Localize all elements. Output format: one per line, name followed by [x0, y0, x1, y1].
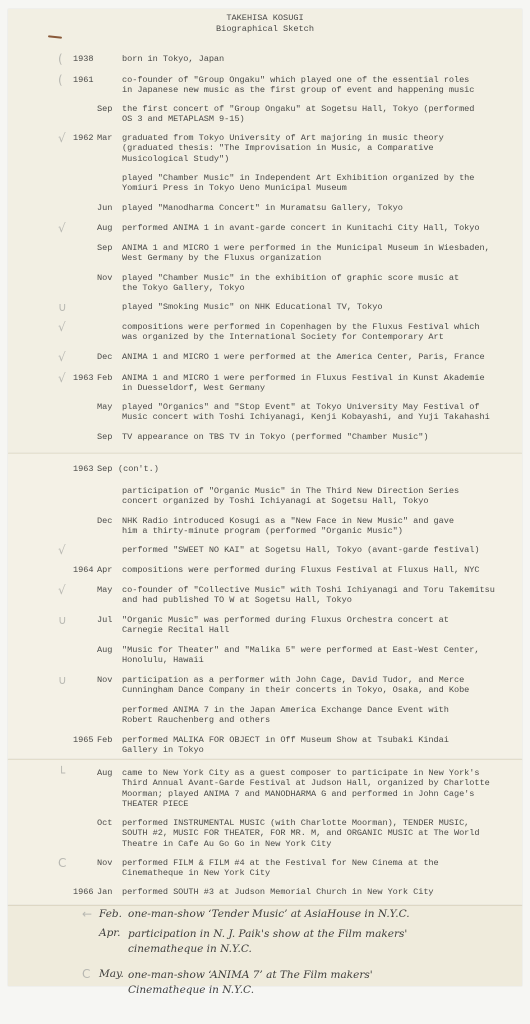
entry-text: ANIMA 1 and MICRO 1 were performed in th…	[122, 243, 490, 264]
pencil-check-mark-icon: ∪	[58, 673, 67, 687]
pencil-check-mark-icon: √	[58, 371, 66, 385]
handwritten-month: May.	[99, 968, 124, 980]
entry-month: Nov	[97, 675, 112, 685]
handwritten-text: participation in N. J. Paik's show at th…	[128, 927, 407, 957]
entry-month: Dec	[97, 352, 112, 362]
entry-text: played "Organics" and "Stop Event" at To…	[122, 402, 490, 423]
pencil-check-mark-icon: √	[58, 131, 66, 145]
entry-text: "Music for Theater" and "Malika 5" were …	[122, 645, 480, 666]
entry-month: Sep	[97, 104, 112, 114]
entry-year: 1963	[73, 464, 93, 474]
entry-month: Jul	[97, 615, 112, 625]
entry-month: Sep	[97, 243, 112, 253]
entry-month: Mar	[97, 133, 112, 143]
entry-text: performed "SWEET NO KAI" at Sogetsu Hall…	[122, 545, 480, 555]
entry-month: Jun	[97, 203, 112, 213]
entry-month: Sep	[97, 432, 112, 442]
document-subtitle: Biographical Sketch	[0, 24, 530, 34]
entry-month: Oct	[97, 818, 112, 828]
entry-year: 1938	[73, 54, 93, 64]
entry-text: (con't.)	[118, 464, 159, 474]
entry-text: compositions were performed during Fluxu…	[122, 565, 480, 575]
entry-month: May	[97, 402, 112, 412]
entry-text: graduated from Tokyo University of Art m…	[122, 133, 444, 164]
pencil-check-mark-icon: ∪	[58, 300, 67, 314]
entry-text: the first concert of "Group Ongaku" at S…	[122, 104, 474, 125]
entry-year: 1966	[73, 887, 93, 897]
entry-month: Aug	[97, 645, 112, 655]
pencil-check-mark-icon: C	[82, 967, 90, 981]
entry-text: performed MALIKA FOR OBJECT in Off Museu…	[122, 735, 449, 756]
entry-text: played "Smoking Music" on NHK Educationa…	[122, 302, 382, 312]
entry-month: Aug	[97, 768, 112, 778]
pencil-check-mark-icon: √	[58, 221, 66, 235]
handwritten-month: Apr.	[99, 927, 121, 939]
pencil-check-mark-icon: √	[58, 350, 66, 364]
entry-text: played "Chamber Music" in Independent Ar…	[122, 173, 474, 194]
entry-month: May	[97, 585, 112, 595]
entry-month: Feb	[97, 735, 112, 745]
entry-text: born in Tokyo, Japan	[122, 54, 224, 64]
document-title: TAKEHISA KOSUGI	[0, 13, 530, 23]
entry-text: co-founder of "Collective Music" with To…	[122, 585, 495, 606]
pencil-check-mark-icon: ←	[82, 907, 92, 921]
entry-text: performed INSTRUMENTAL MUSIC (with Charl…	[122, 818, 480, 849]
handwritten-month: Feb.	[99, 908, 122, 920]
entry-text: participation of "Organic Music" in The …	[122, 486, 459, 507]
entry-text: compositions were performed in Copenhage…	[122, 322, 480, 343]
entry-text: performed FILM & FILM #4 at the Festival…	[122, 858, 439, 879]
pencil-check-mark-icon: √	[58, 543, 66, 557]
entry-month: Feb	[97, 373, 112, 383]
entry-text: participation as a performer with John C…	[122, 675, 469, 696]
pencil-check-mark-icon: (	[58, 73, 63, 87]
entry-month: Apr	[97, 565, 112, 575]
entry-text: ANIMA 1 and MICRO 1 were performed at th…	[122, 352, 485, 362]
pencil-check-mark-icon: (	[58, 52, 63, 66]
pencil-check-mark-icon: √	[58, 583, 66, 597]
entry-text: ANIMA 1 and MICRO 1 were performed in Fl…	[122, 373, 485, 394]
entry-text: TV appearance on TBS TV in Tokyo (perfor…	[122, 432, 428, 442]
entry-text: "Organic Music" was performed during Flu…	[122, 615, 449, 636]
entry-month: Nov	[97, 273, 112, 283]
handwritten-text: one-man-show ‘ANIMA 7’ at The Film maker…	[128, 968, 373, 998]
entry-text: performed ANIMA 7 in the Japan America E…	[122, 705, 449, 726]
entry-month: Dec	[97, 516, 112, 526]
entry-year: 1961	[73, 75, 93, 85]
entry-year: 1964	[73, 565, 93, 575]
entry-month: Aug	[97, 223, 112, 233]
entry-year: 1962	[73, 133, 93, 143]
entry-month: Jan	[97, 887, 112, 897]
pencil-check-mark-icon: ∪	[58, 613, 67, 627]
entry-text: co-founder of "Group Ongaku" which playe…	[122, 75, 474, 96]
pencil-check-mark-icon: └	[58, 766, 65, 780]
entry-month: Sep	[97, 464, 112, 474]
entry-year: 1965	[73, 735, 93, 745]
pencil-check-mark-icon: √	[58, 320, 66, 334]
entry-text: performed SOUTH #3 at Judson Memorial Ch…	[122, 887, 434, 897]
entry-month: Nov	[97, 858, 112, 868]
handwritten-text: one-man-show ‘Tender Music’ at AsiaHouse…	[128, 908, 410, 920]
entry-text: NHK Radio introduced Kosugi as a "New Fa…	[122, 516, 454, 537]
entry-year: 1963	[73, 373, 93, 383]
pencil-check-mark-icon: C	[58, 856, 66, 870]
entry-text: came to New York City as a guest compose…	[122, 768, 490, 810]
entry-text: played "Manodharma Concert" in Muramatsu…	[122, 203, 403, 213]
entry-text: played "Chamber Music" in the exhibition…	[122, 273, 459, 294]
entry-text: performed ANIMA 1 in avant-garde concert…	[122, 223, 480, 233]
